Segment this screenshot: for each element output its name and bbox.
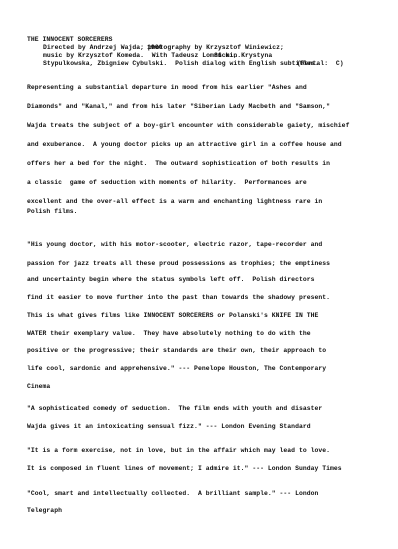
header-line: THE INNOCENT SORCERERS 1960 86 min. (Ren…: [27, 28, 43, 76]
text-line: find it easier to move further into the …: [27, 294, 330, 302]
text-line: "Cool, smart and intellectually collecte…: [27, 490, 318, 498]
text-line: "His young doctor, with his motor-scoote…: [27, 241, 322, 249]
text-line: Cinema: [27, 383, 50, 391]
text-line: offers her a bed for the night. The outw…: [27, 160, 330, 168]
text-line: Representing a substantial departure in …: [27, 84, 307, 92]
text-line: Wajda gives it an intoxicating sensual f…: [27, 423, 311, 431]
text-line: This is what gives films like INNOCENT S…: [27, 312, 318, 320]
film-title: THE INNOCENT SORCERERS: [27, 36, 112, 44]
text-line: a classic game of seduction with moments…: [27, 179, 307, 187]
text-line: passion for jazz treats all these proud …: [27, 260, 330, 268]
text-line: Diamonds" and "Kanal," and from his late…: [27, 103, 330, 111]
text-line: Polish films.: [27, 208, 78, 216]
text-line: It is composed in fluent lines of moveme…: [27, 465, 342, 473]
text-line: excellent and the over-all effect is a w…: [27, 198, 322, 206]
text-line: positive or the progressive; their stand…: [27, 347, 326, 355]
text-line: and exuberance. A young doctor picks up …: [27, 141, 342, 149]
text-line: WATER their exemplary value. They have a…: [27, 330, 311, 338]
text-line: life cool, sardonic and apprehensive." -…: [27, 365, 326, 373]
text-line: "It is a form exercise, not in love, but…: [27, 447, 330, 455]
text-line: and uncertainty begin where the status s…: [27, 276, 315, 284]
text-line: Telegraph: [27, 507, 62, 515]
text-line: Wajda treats the subject of a boy-girl e…: [27, 122, 349, 130]
text-line: "A sophisticated comedy of seduction. Th…: [27, 405, 322, 413]
credits-line: music by Krzysztof Komeda. With Tadeusz …: [43, 52, 272, 60]
credits-line: Directed by Andrzej Wajda; photography b…: [43, 44, 284, 52]
credits-line: Stypulkowska, Zbigniew Cybulski. Polish …: [43, 60, 319, 68]
